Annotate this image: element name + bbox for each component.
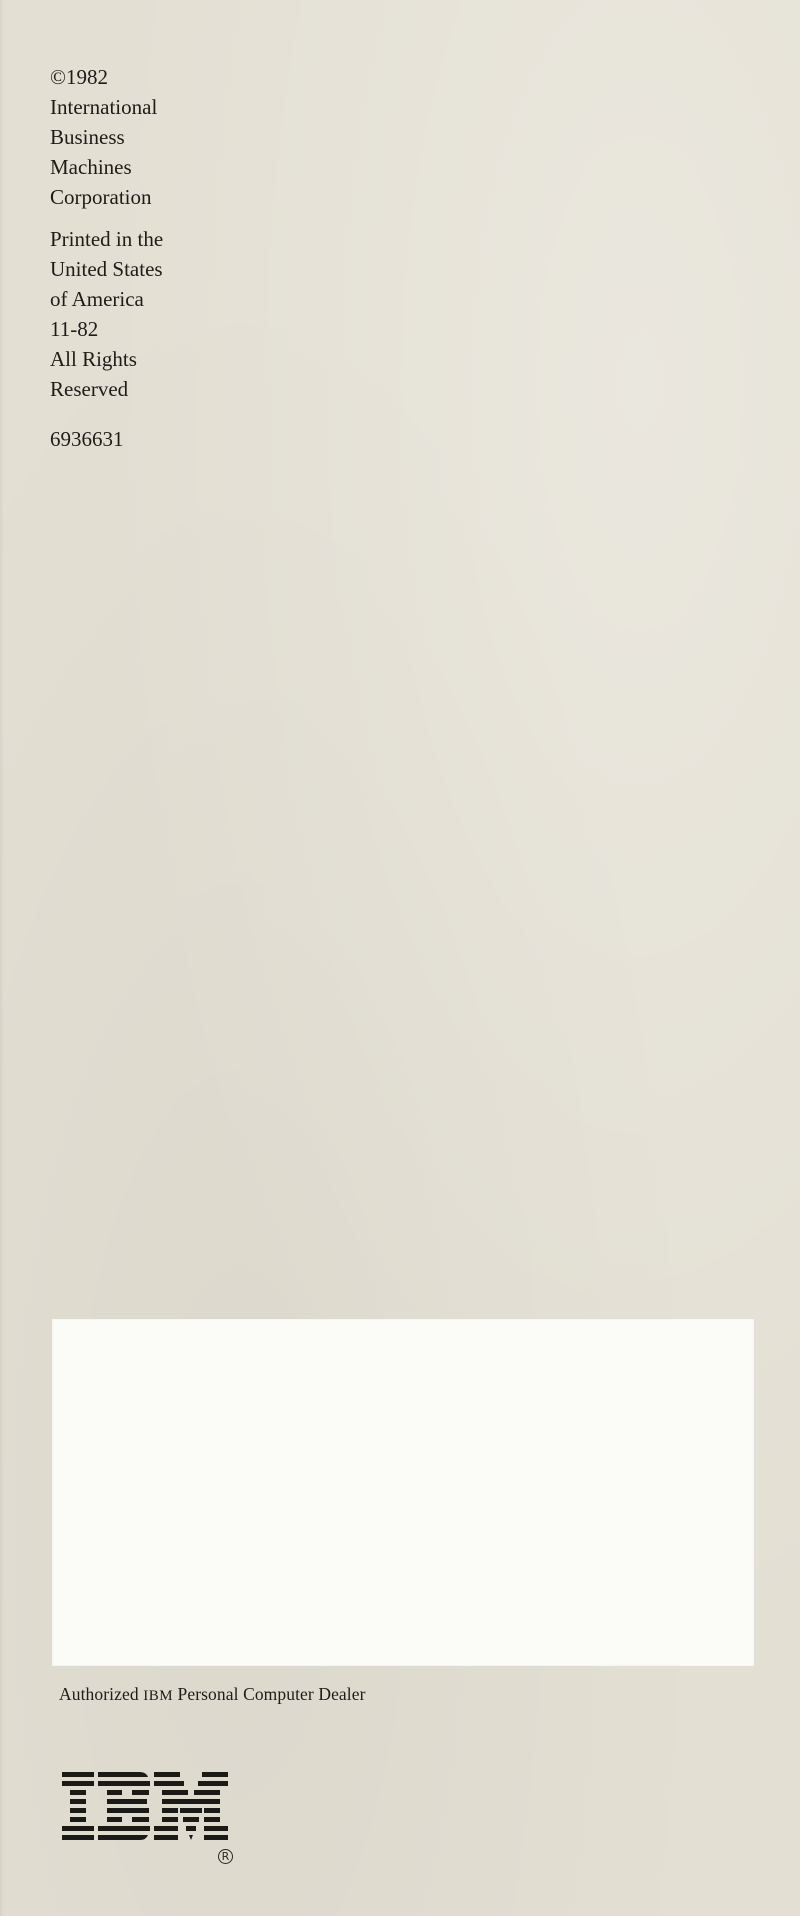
dealer-caption-suffix: Personal Computer Dealer [173,1684,366,1704]
print-info: Printed in the United States of America … [50,224,163,404]
dealer-caption-brand: IBM [143,1688,173,1704]
print-location-line: United States [50,254,163,284]
company-name-line: Business [50,122,163,152]
company-name-line: Corporation [50,182,163,212]
print-location-line: Printed in the [50,224,163,254]
registered-trademark-icon: R [218,1849,233,1864]
part-number: 6936631 [50,424,163,454]
rights-line: All Rights [50,344,163,374]
company-name-line: Machines [50,152,163,182]
ibm-striped-logo-icon [62,1772,232,1848]
paper-fold-edge [0,0,4,1916]
rights-line: Reserved [50,374,163,404]
copyright-year: ©1982 [50,62,163,92]
copyright-owner: ©1982 International Business Machines Co… [50,62,163,212]
dealer-caption: Authorized IBM Personal Computer Dealer [59,1684,366,1705]
dealer-stamp-box [52,1319,754,1666]
print-date: 11-82 [50,314,163,344]
print-location-line: of America [50,284,163,314]
copyright-notice: ©1982 International Business Machines Co… [50,62,163,454]
dealer-caption-prefix: Authorized [59,1684,143,1704]
company-name-line: International [50,92,163,122]
ibm-logo [62,1772,232,1853]
